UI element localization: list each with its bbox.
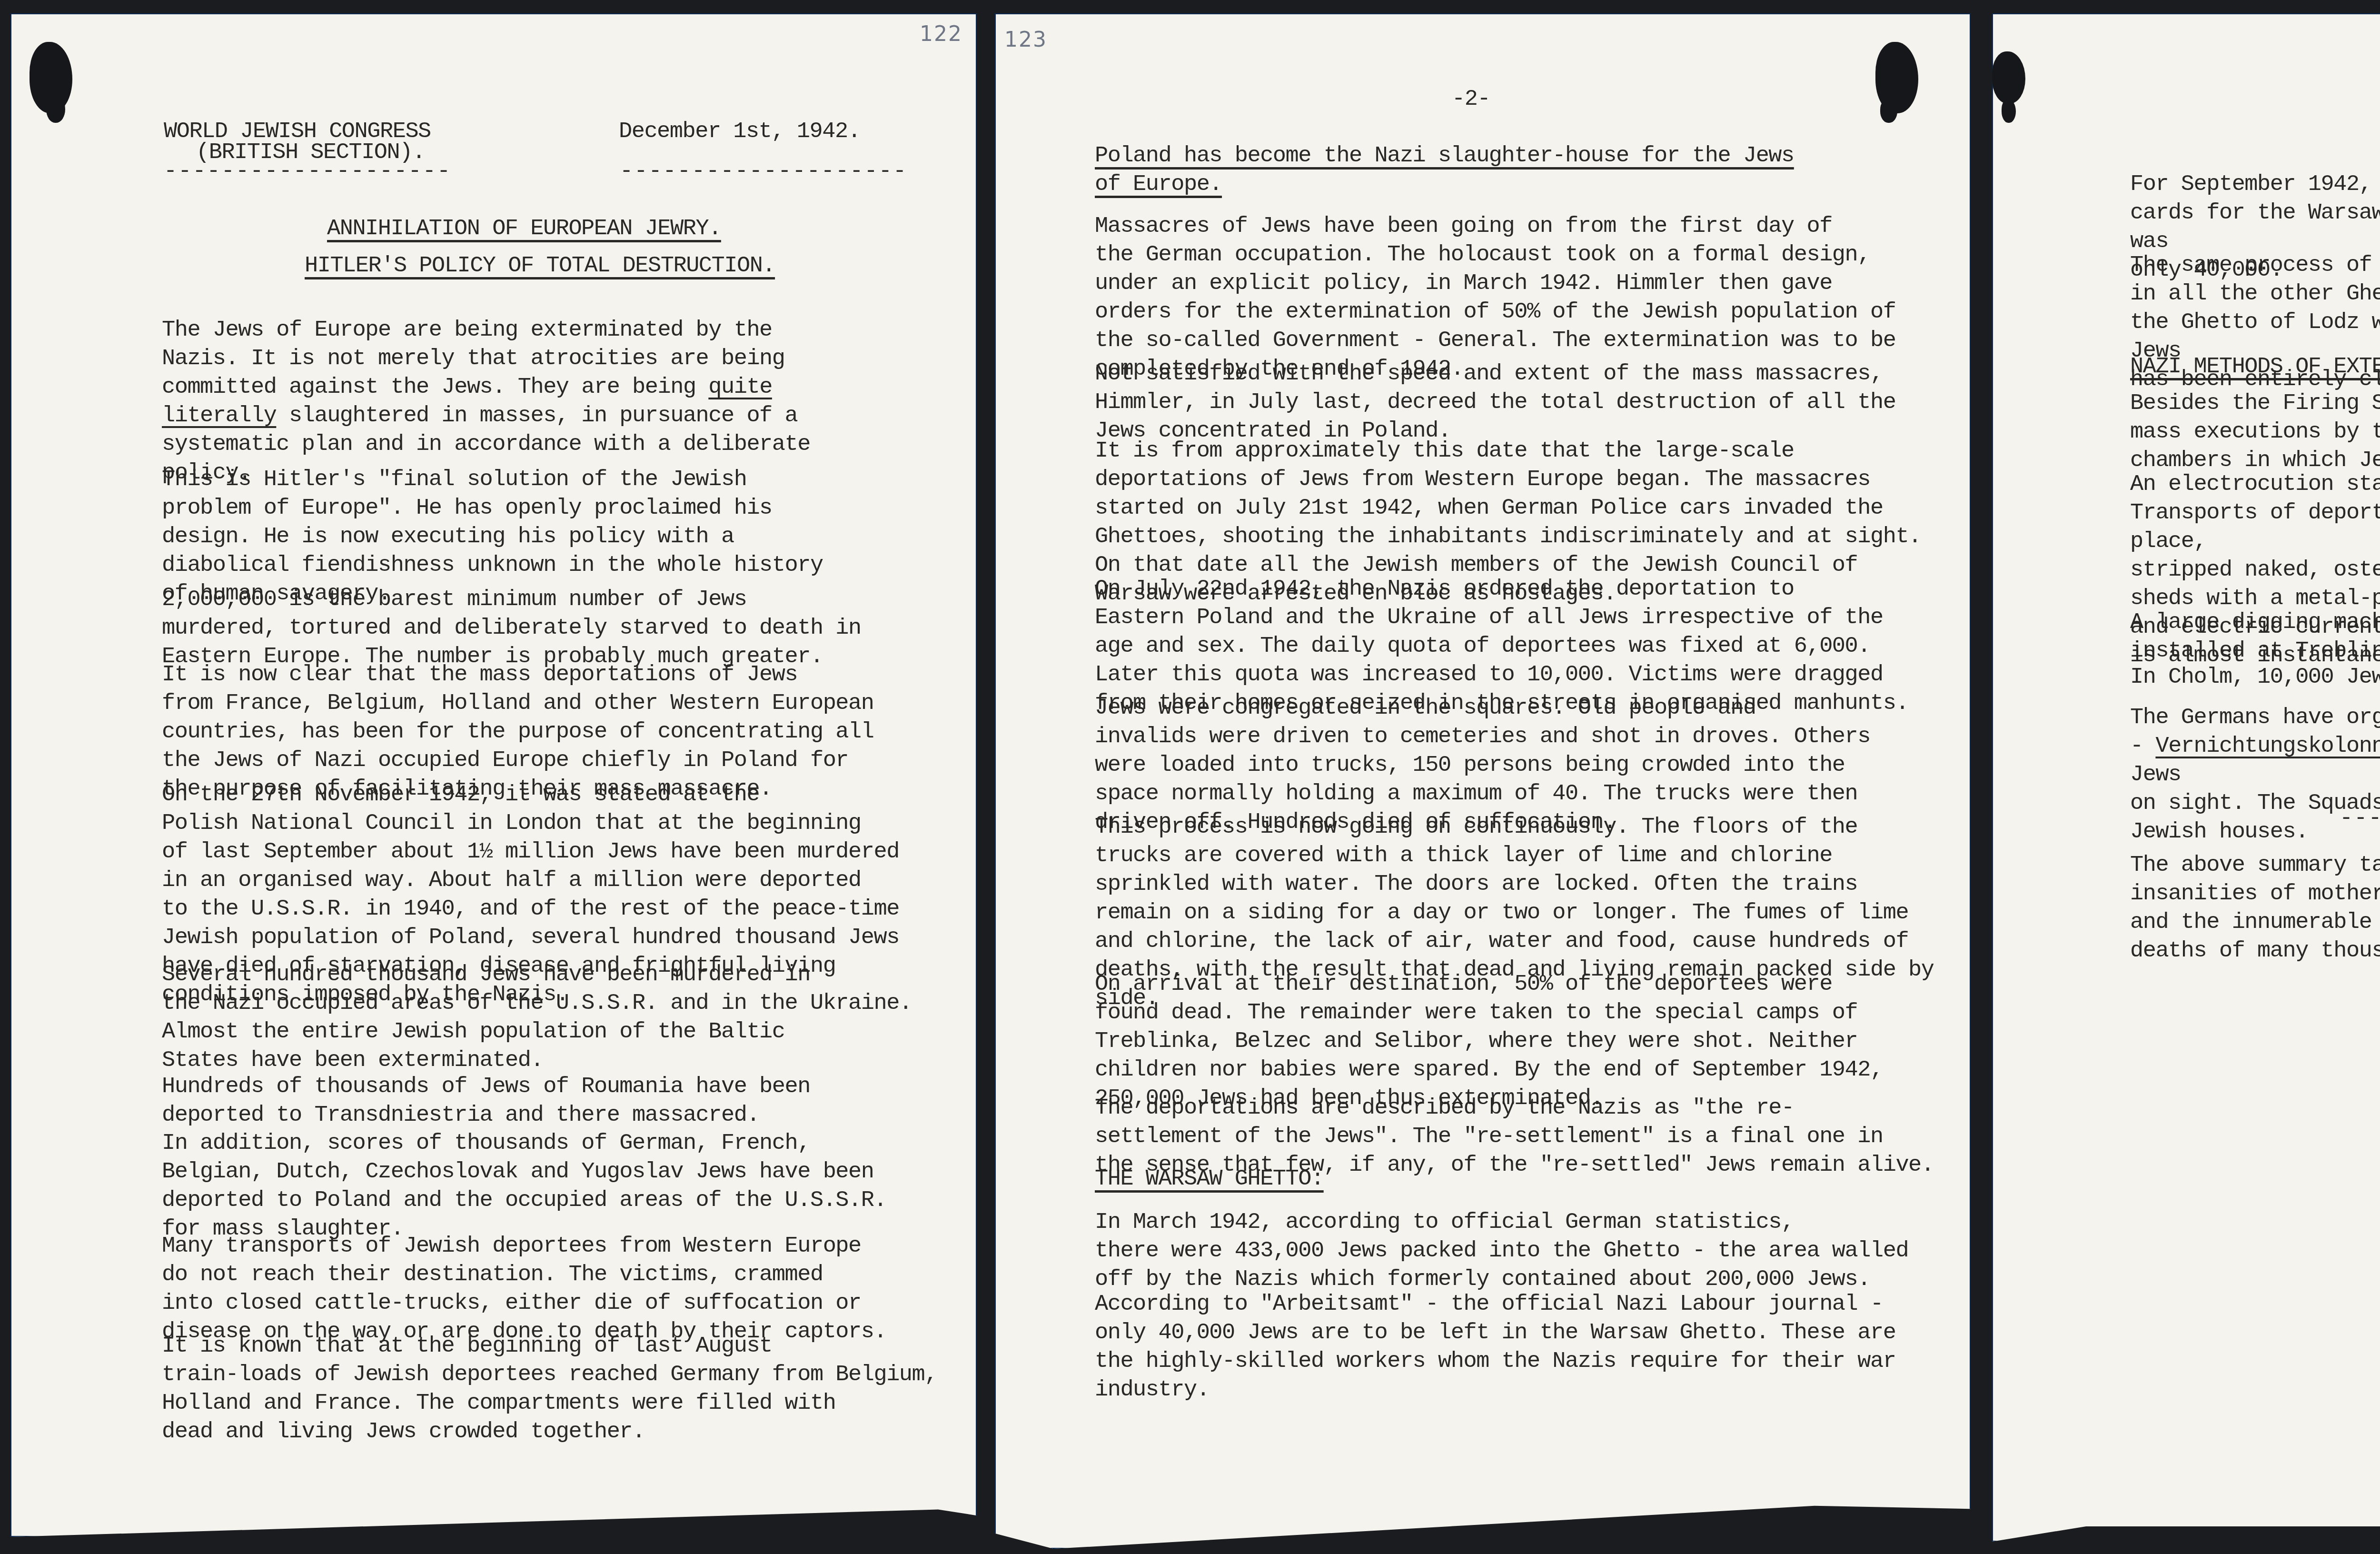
punch-hole: [46, 94, 65, 123]
paragraph: Besides the Firing Squads, the Nazis are…: [2130, 389, 2380, 475]
punch-hole: [2002, 99, 2016, 123]
separator-line: --------------------: [620, 159, 907, 184]
paragraph: Several hundred thousand Jews have been …: [162, 961, 971, 1018]
paragraph: Hundreds of thousands of Jews of Roumani…: [162, 1073, 971, 1130]
document-title: ANNIHILATION OF EUROPEAN JEWRY.: [327, 214, 721, 244]
document-date: December 1st, 1942.: [619, 117, 860, 147]
archive-folio-number: 123: [1004, 28, 1047, 52]
paragraph: 2,000,000 is the barest minimum number o…: [162, 586, 947, 671]
separator-line: --------------------: [164, 159, 451, 184]
document-subtitle: HITLER'S POLICY OF TOTAL DESTRUCTION.: [305, 251, 775, 281]
section-heading: Poland has become the Nazi slaughter-hou…: [1095, 142, 1928, 199]
paragraph: In March 1942, according to official Ger…: [1095, 1208, 1961, 1294]
paragraph: On arrival at their destination, 50% of …: [1095, 970, 1961, 1113]
paragraph: The Jews of Europe are being exterminate…: [162, 316, 947, 488]
page-number: -2-: [1452, 85, 1490, 114]
german-term-underline: Vernichtungskolonne: [2155, 734, 2380, 759]
paragraph: In Cholm, 10,000 Jews have been gassed r…: [2130, 663, 2380, 692]
nazi-methods-heading: NAZI METHODS OF EXTERMINATION:: [2130, 352, 2380, 382]
paragraph: Many transports of Jewish deportees from…: [162, 1232, 971, 1346]
paragraph: Massacres of Jews have been going on fro…: [1095, 212, 1952, 384]
paragraph: Not satisfied with the speed and extent …: [1095, 360, 1952, 446]
paragraph: A large digging machine for mass graves …: [2130, 608, 2380, 666]
paragraph: In addition, scores of thousands of Germ…: [162, 1129, 971, 1244]
closing-paragraph: The above summary takes no account of su…: [2130, 851, 2380, 966]
document-page-1: 122 WORLD JEWISH CONGRESS (BRITISH SECTI…: [10, 13, 977, 1537]
document-page-3: 124 -3- For September 1942, the Nazis di…: [1992, 13, 2380, 1542]
paragraph: According to "Arbeitsamt" - the official…: [1095, 1290, 1961, 1405]
paragraph: Almost the entire Jewish population of t…: [162, 1018, 971, 1075]
paragraph: It is known that at the beginning of las…: [162, 1332, 981, 1446]
separator-line: ------------: [2340, 806, 2380, 831]
punch-hole: [1992, 51, 2025, 104]
archive-folio-number: 122: [920, 22, 962, 46]
document-page-2: 123 -2- Poland has become the Nazi slaug…: [995, 13, 1971, 1549]
punch-hole: [1880, 99, 1897, 123]
warsaw-ghetto-heading: THE WARSAW GHETTO:: [1095, 1165, 1324, 1194]
